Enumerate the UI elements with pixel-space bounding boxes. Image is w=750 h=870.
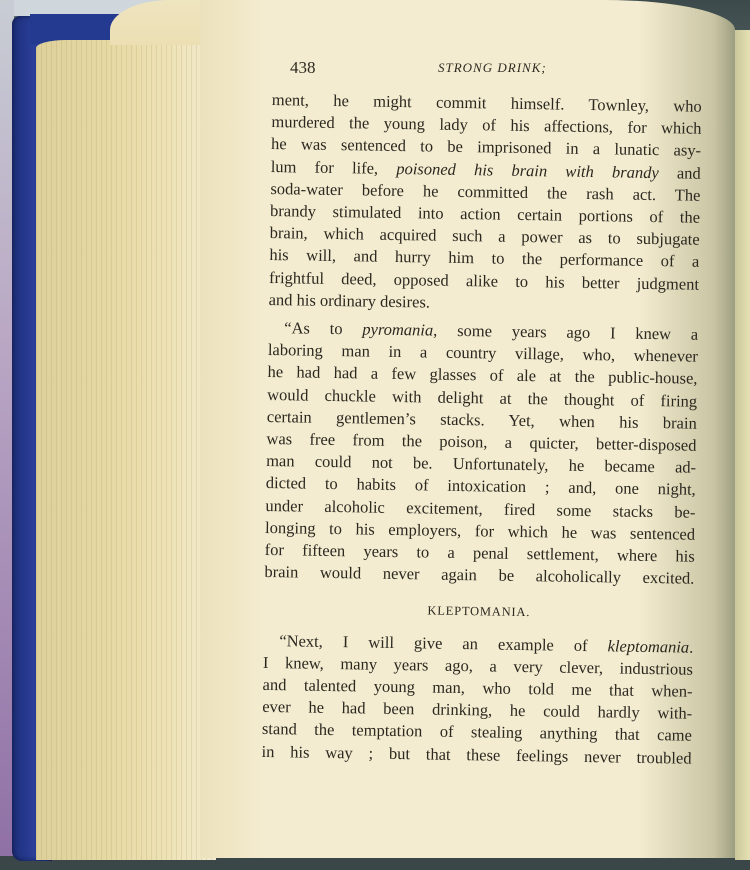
paragraph-pyromania: “As to pyromania, some years ago I knew … [264, 317, 698, 590]
page-number: 438 [290, 58, 316, 78]
section-heading: KLEPTOMANIA. [264, 597, 694, 626]
paragraph-townley: ment, he might commit himself. Townley, … [269, 89, 702, 318]
page-body: ment, he might commit himself. Townley, … [261, 89, 702, 770]
running-head: STRONG DRINK; [438, 60, 547, 76]
italic-phrase: pyromania [362, 319, 433, 339]
page-header: 438 STRONG DRINK; [290, 58, 710, 78]
italic-phrase: kleptomania [607, 636, 689, 656]
page-right-rim [735, 30, 750, 860]
page-block-edges [36, 40, 216, 860]
italic-phrase: poisoned his brain with brandy [396, 159, 659, 182]
paragraph-kleptomania: “Next, I will give an example of kleptom… [261, 630, 693, 770]
